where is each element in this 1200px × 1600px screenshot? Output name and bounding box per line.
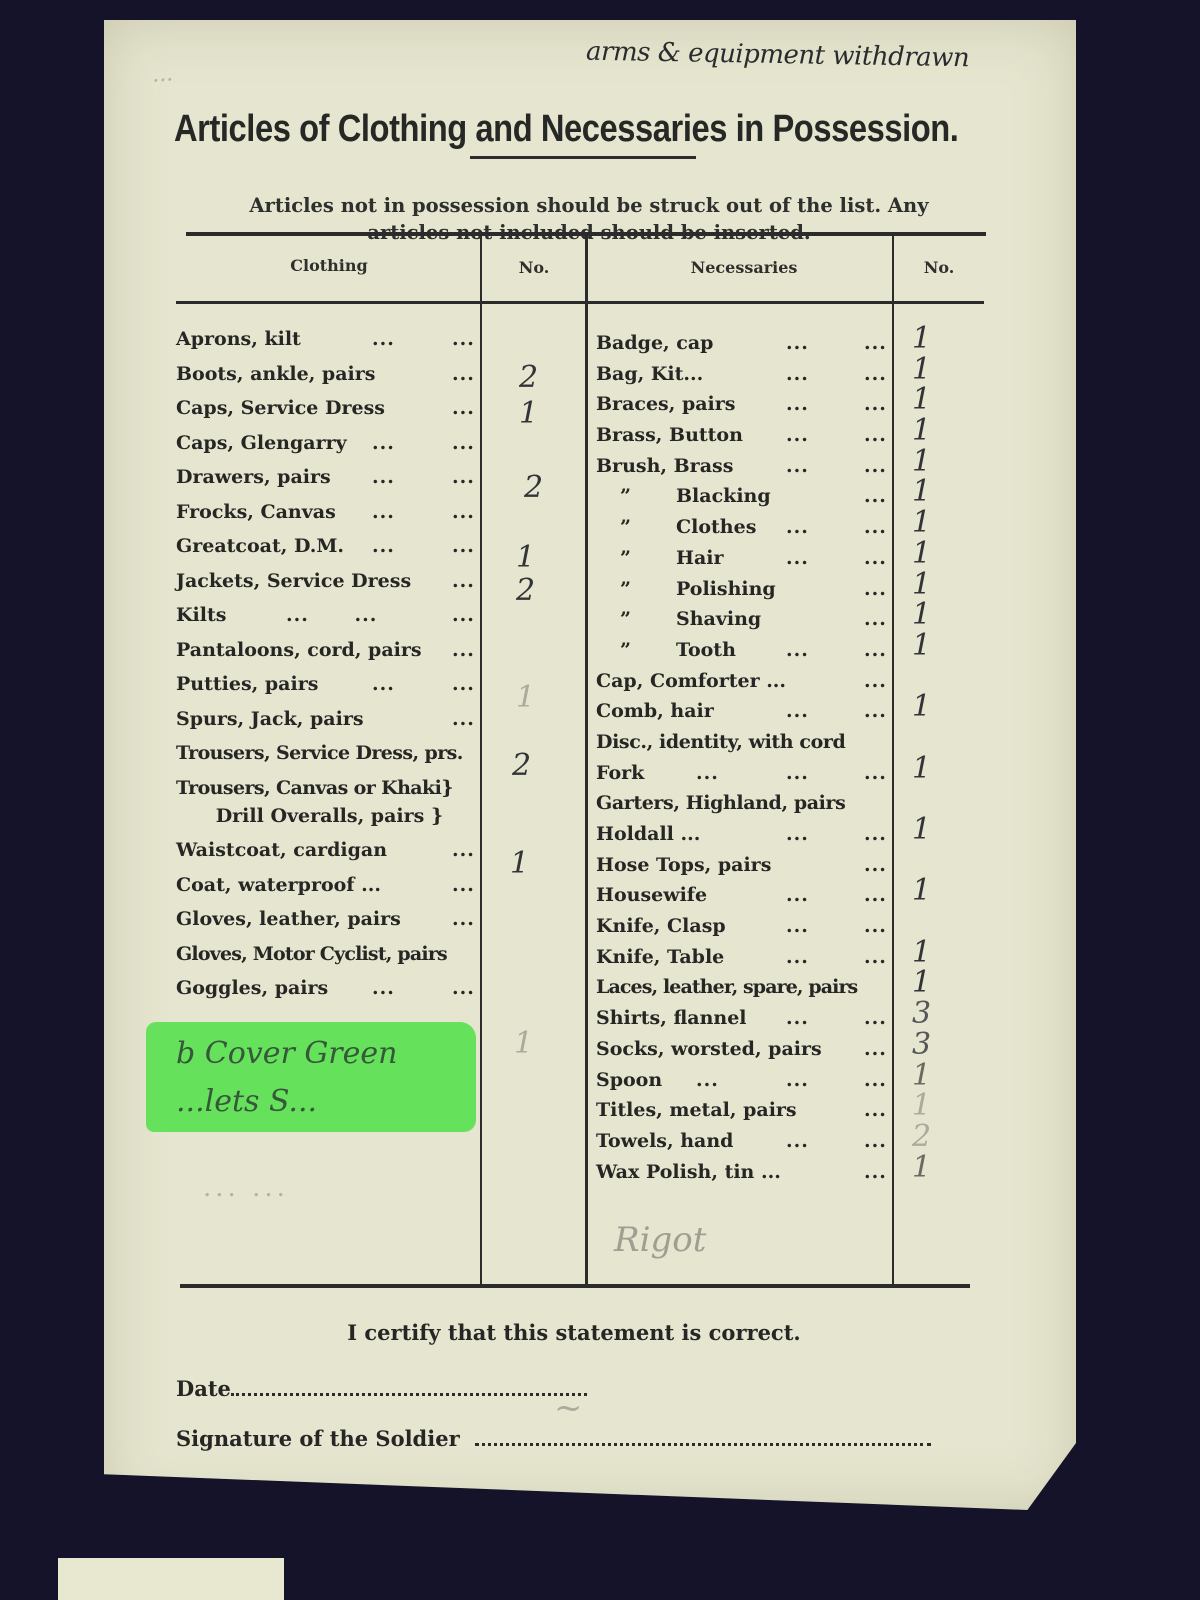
necessaries-row: Hose Tops, pairs...	[596, 854, 892, 885]
necessaries-row: Knife, Table......	[596, 946, 892, 977]
clothing-label: Jackets, Service Dress	[176, 570, 411, 592]
signature-dotted-line	[475, 1443, 931, 1446]
clothing-label: Spurs, Jack, pairs	[176, 708, 364, 730]
clothing-row: Kilts... ......	[176, 604, 482, 639]
necessaries-row: ”Shaving...	[596, 608, 892, 639]
necessaries-row: Braces, pairs......	[596, 393, 892, 424]
necessaries-row: Fork.........	[596, 762, 892, 793]
clothing-no-jackets: 2	[516, 573, 535, 608]
clothing-label: Aprons, kilt	[176, 328, 301, 350]
clothing-row: Drill Overalls, pairs }	[176, 805, 482, 840]
clothing-row: Spurs, Jack, pairs...	[176, 708, 482, 743]
clothing-label: Putties, pairs	[176, 673, 318, 695]
clothing-row: Trousers, Canvas or Khaki}	[176, 777, 482, 805]
col-divider-necessaries-no	[892, 236, 894, 1286]
necessaries-row: Cap, Comforter ......	[596, 670, 892, 701]
clothing-label: Boots, ankle, pairs	[176, 363, 375, 385]
faint-handwriting-bottom: Rigot	[614, 1220, 706, 1260]
clothing-row: Putties, pairs......	[176, 673, 482, 708]
clothing-no-inserted: 1	[514, 1026, 533, 1061]
clothing-label: Trousers, Canvas or Khaki}	[176, 777, 453, 799]
form-instructions: Articles not in possession should be str…	[194, 192, 984, 246]
clothing-label: Gloves, leather, pairs	[176, 908, 401, 930]
header-clothing: Clothing	[254, 256, 404, 275]
necessaries-row: Comb, hair......	[596, 700, 892, 731]
necessaries-row: ”Blacking...	[596, 485, 892, 516]
clothing-label: Pantaloons, cord, pairs	[176, 639, 422, 661]
certification-statement: I certify that this statement is correct…	[174, 1320, 974, 1345]
clothing-no-trousers-service: 2	[512, 748, 531, 783]
clothing-label: Trousers, Service Dress, prs.	[176, 742, 463, 764]
date-label: Date	[176, 1376, 231, 1401]
clothing-row: Aprons, kilt......	[176, 328, 482, 363]
necessaries-row: ”Tooth......	[596, 639, 892, 670]
necessaries-row: Towels, hand......	[596, 1130, 892, 1161]
necessaries-row: Disc., identity, with cord	[596, 731, 892, 762]
necessaries-row: Garters, Highland, pairs	[596, 792, 892, 823]
clothing-list: Aprons, kilt...... Boots, ankle, pairs..…	[176, 328, 482, 1012]
clothing-label: Drawers, pairs	[176, 466, 331, 488]
necessaries-row: Socks, worsted, pairs...	[596, 1038, 892, 1069]
header-necessaries: Necessaries	[664, 258, 824, 277]
clothing-row: Boots, ankle, pairs...	[176, 363, 482, 398]
faint-handwriting-top-left: ...	[151, 61, 174, 87]
clothing-no-putties: 1	[516, 680, 535, 715]
date-field: Date	[176, 1376, 587, 1401]
necessaries-row: Spoon.........	[596, 1069, 892, 1100]
clothing-row: Caps, Service Dress...	[176, 397, 482, 432]
clothing-label: Drill Overalls, pairs }	[176, 805, 443, 827]
clothing-row: Frocks, Canvas......	[176, 501, 482, 536]
handwritten-note-top: arms & equipment withdrawn	[586, 37, 970, 74]
clothing-row: Caps, Glengarry......	[176, 432, 482, 467]
handwritten-inserted-item: b Cover Green ...lets S...	[176, 1030, 397, 1126]
clothing-row: Gloves, leather, pairs...	[176, 908, 482, 943]
clothing-label: Greatcoat, D.M.	[176, 535, 344, 557]
table-bottom-rule	[180, 1284, 970, 1288]
necessaries-row: Bag, Kit.........	[596, 363, 892, 394]
clothing-row: Coat, waterproof ......	[176, 874, 482, 909]
clothing-label: Caps, Service Dress	[176, 397, 385, 419]
clothing-label: Coat, waterproof ...	[176, 874, 381, 896]
form: ... arms & equipment withdrawn Articles …	[104, 20, 1076, 1510]
signature-field: Signature of the Soldier	[176, 1426, 931, 1451]
clothing-row: Gloves, Motor Cyclist, pairs	[176, 943, 482, 978]
header-clothing-no: No.	[494, 258, 574, 277]
clothing-row: Waistcoat, cardigan...	[176, 839, 482, 874]
paper-scrap	[58, 1558, 284, 1600]
clothing-row: Pantaloons, cord, pairs...	[176, 639, 482, 674]
clothing-no-caps-service: 1	[519, 396, 538, 431]
necessaries-row: Brush, Brass......	[596, 455, 892, 486]
necessaries-list: Badge, cap...... Bag, Kit......... Brace…	[596, 332, 892, 1191]
inserted-line-1: b Cover Green	[176, 1030, 397, 1078]
clothing-no-boots: 2	[519, 360, 538, 395]
faint-signature-mark: ~	[554, 1388, 583, 1428]
clothing-no-drawers: 2	[524, 470, 543, 505]
clothing-label: Waistcoat, cardigan	[176, 839, 387, 861]
clothing-row: Drawers, pairs......	[176, 466, 482, 501]
necessaries-row: Housewife......	[596, 884, 892, 915]
col-divider-no-necessaries	[585, 236, 588, 1286]
necessaries-row: Knife, Clasp......	[596, 915, 892, 946]
clothing-no-waistcoat: 1	[510, 846, 529, 881]
necessaries-no-column: 1 1 1 1 1 1 1 1 1 1 1 1 1 1 1 1 1 3 3 1 …	[912, 324, 931, 1183]
date-dotted-line	[231, 1393, 587, 1396]
header-bottom-rule	[176, 301, 984, 304]
necessaries-row: Wax Polish, tin ......	[596, 1161, 892, 1192]
clothing-label: Caps, Glengarry	[176, 432, 347, 454]
necessaries-row: Titles, metal, pairs...	[596, 1099, 892, 1130]
clothing-label: Kilts	[176, 604, 226, 626]
clothing-row: Goggles, pairs......	[176, 977, 482, 1012]
necessaries-row: ”Clothes......	[596, 516, 892, 547]
necessaries-row: Brass, Button......	[596, 424, 892, 455]
title-underline	[470, 156, 696, 159]
inserted-line-2: ...lets S...	[176, 1078, 397, 1126]
faint-stamp: ... ...	[204, 1180, 290, 1201]
form-title: Articles of Clothing and Necessaries in …	[174, 108, 896, 151]
clothing-label: Frocks, Canvas	[176, 501, 336, 523]
clothing-label: Goggles, pairs	[176, 977, 328, 999]
clothing-label: Gloves, Motor Cyclist, pairs	[176, 943, 447, 965]
clothing-no-greatcoat: 1	[516, 540, 535, 575]
clothing-row: Trousers, Service Dress, prs.	[176, 742, 482, 777]
instructions-line-1: Articles not in possession should be str…	[194, 192, 984, 219]
necessaries-row: ”Polishing...	[596, 578, 892, 609]
necessaries-row: Laces, leather, spare, pairs	[596, 976, 892, 1007]
necessaries-row: Holdall .........	[596, 823, 892, 854]
signature-label: Signature of the Soldier	[176, 1426, 460, 1451]
necessaries-row: Shirts, flannel......	[596, 1007, 892, 1038]
header-necessaries-no: No.	[904, 258, 974, 277]
necessaries-row: Badge, cap......	[596, 332, 892, 363]
clothing-row: Jackets, Service Dress...	[176, 570, 482, 605]
necessaries-row: ”Hair......	[596, 547, 892, 578]
clothing-row: Greatcoat, D.M.......	[176, 535, 482, 570]
